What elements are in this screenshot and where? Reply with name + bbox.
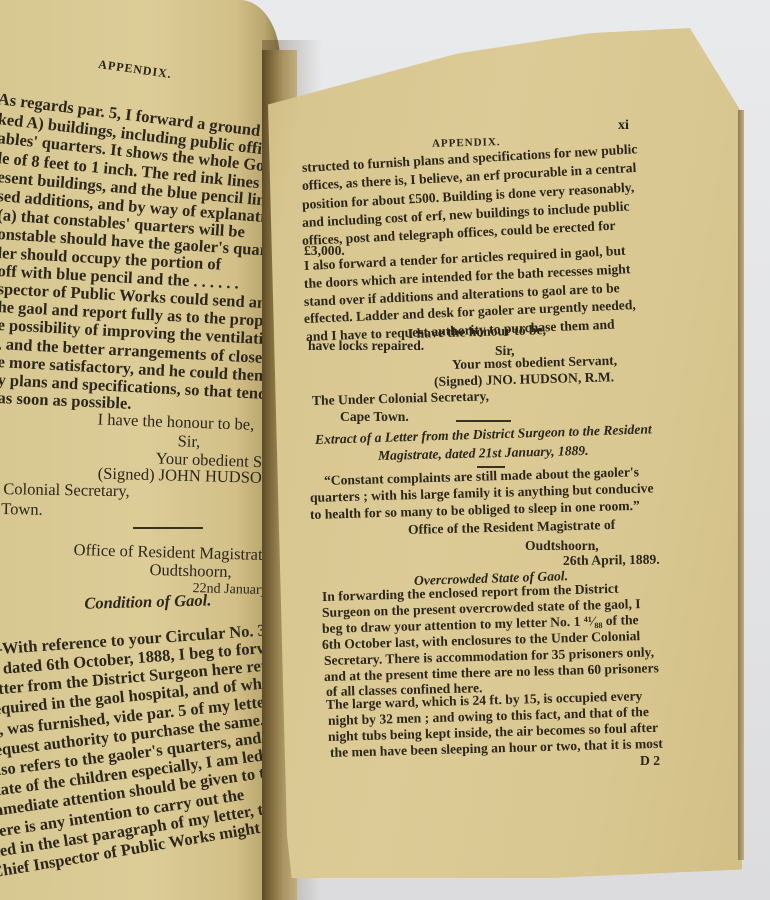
right-page-edge: [738, 110, 744, 860]
right-page-header: APPENDIX.: [432, 136, 501, 150]
left-page-header: APPENDIX.: [97, 57, 172, 82]
section-divider: [0, 519, 280, 537]
left-page-text: As regards par. 5, I forward a ground pl…: [0, 90, 280, 836]
signature-mark: D 2: [640, 753, 660, 769]
town-line: Oudtshoorn,: [525, 538, 599, 554]
page-number: xi: [618, 118, 629, 134]
date-line: 26th April, 1889.: [563, 552, 660, 569]
section-divider: [456, 420, 511, 422]
left-page-content: APPENDIX. As regards par. 5, I forward a…: [0, 0, 280, 900]
text-line: have locks repaired.: [308, 338, 424, 354]
closing-place: Cape Town.: [340, 409, 409, 425]
left-page: APPENDIX. As regards par. 5, I forward a…: [0, 0, 280, 900]
